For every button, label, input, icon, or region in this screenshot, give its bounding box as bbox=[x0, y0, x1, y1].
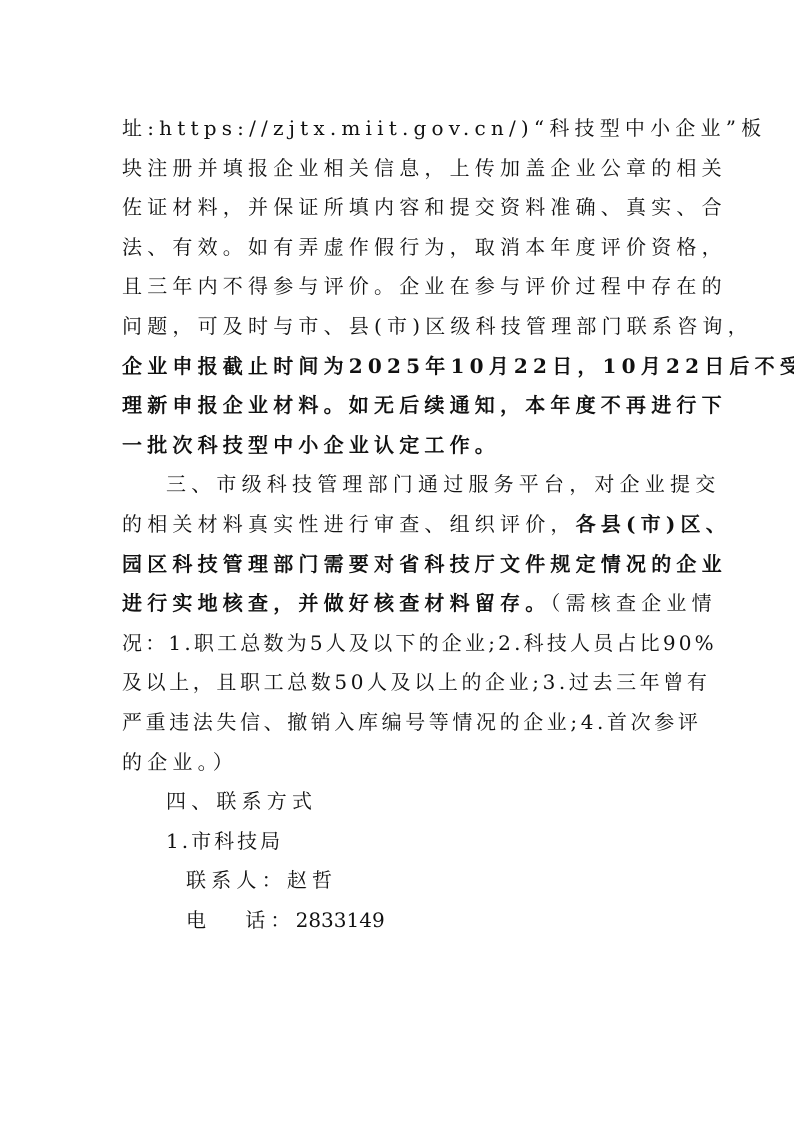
contact-person-line: 联系人：赵哲 bbox=[122, 865, 642, 905]
contact-phone-line: 电话：2833149 bbox=[122, 905, 642, 945]
contact-heading: 四、联系方式 bbox=[122, 786, 642, 826]
text-run: 址:https://zjtx.miit.gov.cn/)“科技型中小企业”板 bbox=[122, 116, 766, 140]
text-run: 及以上，且职工总数50人及以上的企业;3.过去三年曾有 bbox=[122, 670, 710, 694]
text-run: 的企业。） bbox=[122, 750, 238, 774]
paragraph-line: 进行实地核查，并做好核查材料留存。（需核查企业情 bbox=[122, 588, 642, 628]
bold-text-run: 进行实地核查，并做好核查材料留存。 bbox=[122, 591, 550, 615]
text-run: 的相关材料真实性进行审查、组织评价， bbox=[122, 512, 576, 536]
deadline-line: 一批次科技型中小企业认定工作。 bbox=[122, 430, 642, 470]
document-page: 址:https://zjtx.miit.gov.cn/)“科技型中小企业”板 块… bbox=[122, 113, 642, 944]
phone-number: 2833149 bbox=[296, 908, 385, 932]
text-run: 佐证材料，并保证所填内容和提交资料准确、真实、合 bbox=[122, 195, 727, 219]
text-run: （需核查企业情 bbox=[550, 591, 716, 615]
bold-text-run: 各县(市)区、 bbox=[576, 512, 731, 536]
paragraph-line: 块注册并填报企业相关信息，上传加盖企业公章的相关 bbox=[122, 153, 642, 193]
bold-text-run: 园区科技管理部门需要对省科技厅文件规定情况的企业 bbox=[122, 552, 727, 576]
contact-name: 赵哲 bbox=[287, 868, 337, 892]
text-run: 问题，可及时与市、县(市)区级科技管理部门联系咨询， bbox=[122, 314, 753, 338]
text-run: 法、有效。如有弄虚作假行为，取消本年度评价资格， bbox=[122, 235, 727, 259]
contact-org: 1.市科技局 bbox=[122, 826, 642, 866]
paragraph-line: 址:https://zjtx.miit.gov.cn/)“科技型中小企业”板 bbox=[122, 113, 642, 153]
paragraph-line: 及以上，且职工总数50人及以上的企业;3.过去三年曾有 bbox=[122, 667, 642, 707]
paragraph-line: 且三年内不得参与评价。企业在参与评价过程中存在的 bbox=[122, 271, 642, 311]
paragraph-line: 园区科技管理部门需要对省科技厅文件规定情况的企业 bbox=[122, 549, 642, 589]
bold-text-run: 一批次科技型中小企业认定工作。 bbox=[122, 433, 500, 457]
text-run: 三、市级科技管理部门通过服务平台，对企业提交 bbox=[166, 472, 720, 496]
paragraph-line: 的相关材料真实性进行审查、组织评价，各县(市)区、 bbox=[122, 509, 642, 549]
text-run: 况：1.职工总数为5人及以下的企业;2.科技人员占比90% bbox=[122, 631, 717, 655]
paragraph-line: 佐证材料，并保证所填内容和提交资料准确、真实、合 bbox=[122, 192, 642, 232]
section-heading: 四、联系方式 bbox=[166, 789, 317, 813]
section-three-heading-line: 三、市级科技管理部门通过服务平台，对企业提交 bbox=[122, 469, 642, 509]
text-run: 严重违法失信、撤销入库编号等情况的企业;4.首次参评 bbox=[122, 710, 701, 734]
paragraph-line: 问题，可及时与市、县(市)区级科技管理部门联系咨询， bbox=[122, 311, 642, 351]
paragraph-line: 严重违法失信、撤销入库编号等情况的企业;4.首次参评 bbox=[122, 707, 642, 747]
text-run: 且三年内不得参与评价。企业在参与评价过程中存在的 bbox=[122, 274, 727, 298]
contact-label: 联系人： bbox=[186, 868, 287, 892]
paragraph-line: 法、有效。如有弄虚作假行为，取消本年度评价资格， bbox=[122, 232, 642, 272]
text-run: 块注册并填报企业相关信息，上传加盖企业公章的相关 bbox=[122, 156, 727, 180]
deadline-line: 理新申报企业材料。如无后续通知，本年度不再进行下 bbox=[122, 390, 642, 430]
deadline-line: 企业申报截止时间为2025年10月22日，10月22日后不受 bbox=[122, 351, 642, 391]
bold-text-run: 企业申报截止时间为2025年10月22日，10月22日后不受 bbox=[122, 354, 794, 378]
paragraph-line: 的企业。） bbox=[122, 747, 642, 787]
bold-text-run: 理新申报企业材料。如无后续通知，本年度不再进行下 bbox=[122, 393, 727, 417]
org-name: 1.市科技局 bbox=[166, 829, 283, 853]
paragraph-line: 况：1.职工总数为5人及以下的企业;2.科技人员占比90% bbox=[122, 628, 642, 668]
phone-label-part: 话： bbox=[245, 908, 295, 932]
phone-label-part: 电 bbox=[186, 908, 211, 932]
